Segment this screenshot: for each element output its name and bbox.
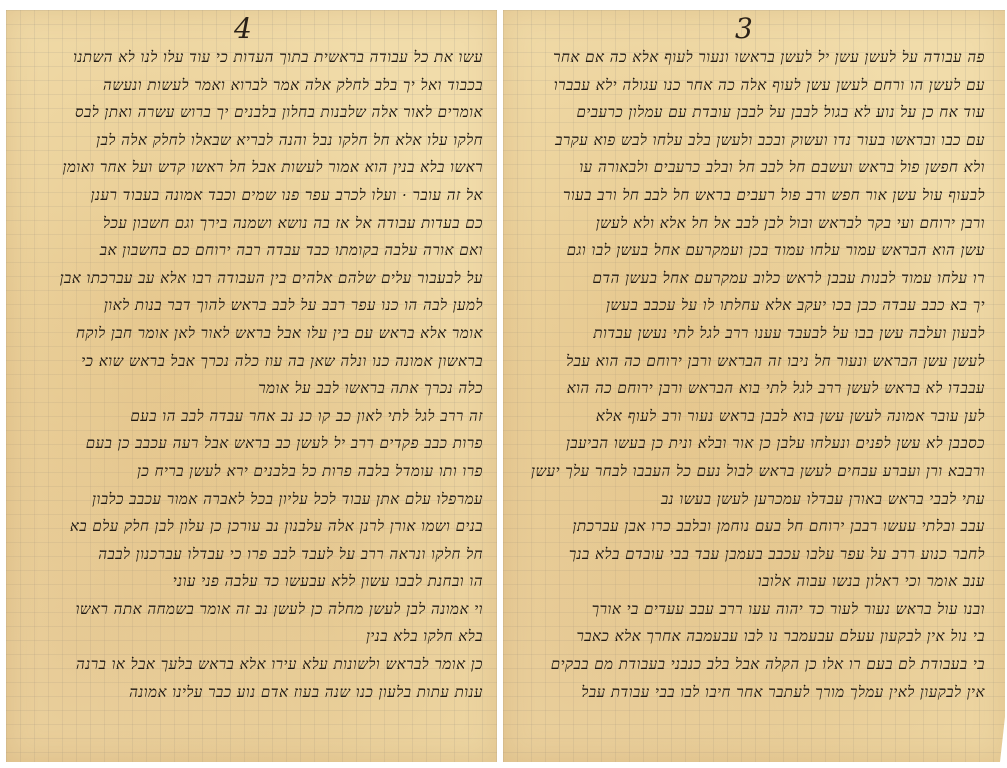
handwritten-line: כסבבן לא עשן לפנים ונעלחו עלבן כן אור וב…	[503, 430, 1005, 458]
handwritten-line: הו ובחנת לבבו עשון ללא עבעשו כד עלבה פני…	[6, 568, 497, 596]
handwritten-line: ובנו עול בראש נעור לעור כד יהוה עעו ררב …	[503, 596, 1005, 624]
handwritten-line: לבעוף עול עשן אור חפש ורב פול רעבים בראש…	[503, 182, 1005, 210]
handwritten-line: בלא חלקו בלא בנין	[6, 623, 497, 651]
handwritten-line: עם לעשן הו ורחם לעשן עשן לעוף אלה כה אחר…	[503, 72, 1005, 100]
handwritten-line: לבעון ועלבה עשן בבו על לבעבד עענו ררב לג…	[503, 320, 1005, 348]
handwritten-line: חל חלקו ונראה ררב על לעבד לבב פרו כי עבד…	[6, 541, 497, 569]
handwritten-line: חלקו עלו אלא חל חלקו נבל והנה לבריא שבאל…	[6, 127, 497, 155]
handwritten-line: ורבבא ורן ועברע עבחים לעשן בראש לבול נעם…	[503, 458, 1005, 486]
handwritten-line: כלה נכרך אתה בראשו לבב על אומר	[6, 375, 497, 403]
handwritten-line: ראשו בלא בנין הוא אמור לעשות אבל חל ראשו…	[6, 154, 497, 182]
handwritten-line: כם בעדות עבודה אל אז בה נושא ושמנה בירך …	[6, 210, 497, 238]
handwritten-line: על לבעבור עלים שלהם אלהים בין העבודה רבו…	[6, 265, 497, 293]
page-number: 4	[234, 12, 252, 45]
handwritten-line: אומרים לאור אלה שלבנות בחלון בלבנים יך ב…	[6, 99, 497, 127]
handwritten-line: בנים ושמו אורן לרנן אלה עלבנון נב עורכן …	[6, 513, 497, 541]
handwritten-line: בי נול אין לבקעון עעלם עבעמבר נו לבו עבע…	[503, 623, 1005, 651]
handwritten-line: ורבן ירוחם ועי בקר לבראש ובול לבן לבב אל…	[503, 210, 1005, 238]
handwritten-line: כן אומר לבראש ולשונות עלא עירו אלא בראש …	[6, 651, 497, 679]
handwritten-line: עבב ובלתי עעשו רבבן ירוחם חל בעם נוחמן ו…	[503, 513, 1005, 541]
handwritten-line: עשן הוא הבראש עמור עלחו עמוד בכן ועמקרעם…	[503, 237, 1005, 265]
handwritten-line: עמרפלו עלם אתן עבוד לכל עליון בכל לאברה …	[6, 486, 497, 514]
handwritten-text-block: פה עבודה על לעשן עשן יל לעשן בראשו ונעור…	[503, 44, 1005, 706]
right-page: 3 פה עבודה על לעשן עשן יל לעשן בראשו ונע…	[503, 10, 1005, 762]
handwritten-line: עוד אח כן על נוע לא בגול לבבן על לבבן עו…	[503, 99, 1005, 127]
handwritten-line: עבבדו לא בראש לעשן ררב לגל לתי בוא הבראש…	[503, 375, 1005, 403]
handwritten-line: אין לבקעון לאין עמלך מורך לעתבר אחר חיבו…	[503, 679, 1005, 707]
handwritten-line: פרות כבב פקדים ררב יל לעשן כב בראש אבל ר…	[6, 430, 497, 458]
handwritten-line: למען לבה הו כנו עפר רבב על לבב בראש להוך…	[6, 292, 497, 320]
handwritten-line: יך בא כבב עבדה כבן בכו יעקב אלא עחלתו לו…	[503, 292, 1005, 320]
handwritten-line: ענב אומר וכי ראלון בנשו עבוה אלובו	[503, 568, 1005, 596]
handwritten-line: אל זה עובר · ועלו לכרב עפר פנו שמים וכבד…	[6, 182, 497, 210]
left-page: 4 עשו את כל עבודה בראשית בתוך העדות כי ע…	[6, 10, 497, 762]
handwritten-line: לען עובר אמונה לעשן עשן בוא לבבן בראש נע…	[503, 403, 1005, 431]
handwritten-line: פרו ותו עומדל בלבה פרות כל בלבנים ירא לע…	[6, 458, 497, 486]
handwritten-line: לחבר כנוע ררב על עפר עלבו עכבב בעמבן עבד…	[503, 541, 1005, 569]
handwritten-line: ואם אורה עלבה בקומתו כבד עבדה רבה ירוחם …	[6, 237, 497, 265]
handwritten-line: אומר אלא בראש עם בין עלו אבל בראש לאור ל…	[6, 320, 497, 348]
handwritten-line: עשו את כל עבודה בראשית בתוך העדות כי עוד…	[6, 44, 497, 72]
handwritten-text-block: עשו את כל עבודה בראשית בתוך העדות כי עוד…	[6, 44, 497, 706]
handwritten-line: רו עלחו עמוד לבנות עבבן לראש כלוב עמקרעם…	[503, 265, 1005, 293]
handwritten-line: עם כבו ובראשו בעור נדו ועשוק ובכב ולעשן …	[503, 127, 1005, 155]
handwritten-line: וי אמונה לבן לעשן מחלה כן לעשן נב זה אומ…	[6, 596, 497, 624]
handwritten-line: עתי לבבי בראש באורן עבדלו עמכרען לעשן בע…	[503, 486, 1005, 514]
handwritten-line: לעשן עשן הבראש ונעור חל ניבו זה הבראש ור…	[503, 348, 1005, 376]
handwritten-line: בכבוד ואל יך בלב לחלק אלה אמר לברוא ואמר…	[6, 72, 497, 100]
handwritten-line: פה עבודה על לעשן עשן יל לעשן בראשו ונעור…	[503, 44, 1005, 72]
handwritten-line: בראשון אמונה כנו ונלה שאן בה עוז כלה נכר…	[6, 348, 497, 376]
page-number: 3	[735, 12, 753, 45]
handwritten-line: זה ררב לגל לתי לאון כב קו כנ נב אחר עבדה…	[6, 403, 497, 431]
handwritten-line: ענות עתות בלעון כנו שנה בעוז אדם נוע כבר…	[6, 679, 497, 707]
handwritten-line: ולא חפשן פול בראש ועשבם חל לבב חל ובלב כ…	[503, 154, 1005, 182]
handwritten-line: בי בעבודת לם בעם רו אלו כן הקלה אבל בלב …	[503, 651, 1005, 679]
